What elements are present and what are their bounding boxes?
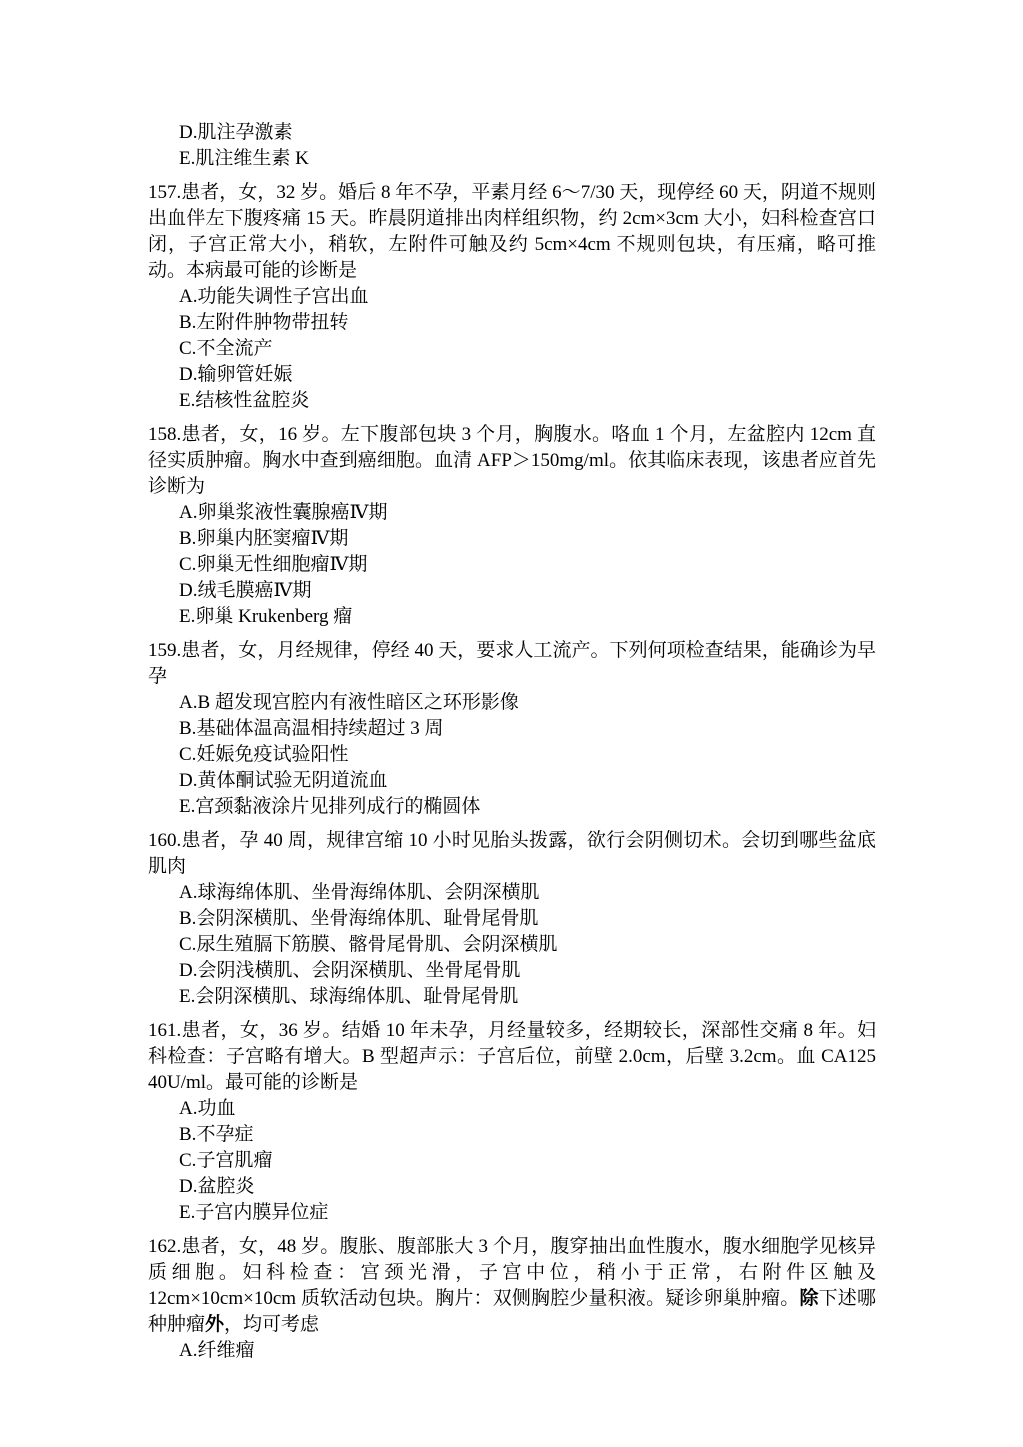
option-text: 结核性盆腔炎 bbox=[195, 390, 309, 411]
option-label: E. bbox=[179, 796, 195, 817]
question-161: 161.患者，女，36 岁。结婚 10 年未孕，月经量较多，经期较长，深部性交痛… bbox=[148, 1018, 876, 1226]
option-label: A. bbox=[179, 502, 197, 523]
question-number: 160. bbox=[148, 830, 181, 851]
option-label: D. bbox=[179, 580, 197, 601]
question-number: 161. bbox=[148, 1020, 181, 1041]
option-text: 会阴浅横肌、会阴深横肌、坐骨尾骨肌 bbox=[197, 960, 520, 981]
option-row: C.卵巢无性细胞瘤Ⅳ期 bbox=[179, 552, 876, 578]
option-label: B. bbox=[179, 718, 196, 739]
option-text: 基础体温高温相持续超过 3 周 bbox=[196, 718, 443, 739]
option-label: B. bbox=[179, 908, 196, 929]
option-text: 绒毛膜癌Ⅳ期 bbox=[197, 580, 311, 601]
option-label: A. bbox=[179, 1098, 197, 1119]
option-label: D. bbox=[179, 770, 197, 791]
option-row: C.尿生殖膈下筋膜、髂骨尾骨肌、会阴深横肌 bbox=[179, 932, 876, 958]
question-stem-bold-part: 除 bbox=[799, 1288, 818, 1309]
option-row: D.会阴浅横肌、会阴深横肌、坐骨尾骨肌 bbox=[179, 958, 876, 984]
option-label: E. bbox=[179, 606, 195, 627]
option-text: 不全流产 bbox=[196, 338, 272, 359]
option-label: D. bbox=[179, 1176, 197, 1197]
option-label: A. bbox=[179, 1340, 197, 1361]
question-158: 158.患者，女，16 岁。左下腹部包块 3 个月，胸腹水。咯血 1 个月，左盆… bbox=[148, 422, 876, 630]
question-stem-part: ，均可考虑 bbox=[224, 1314, 319, 1335]
option-row: B.卵巢内胚窦瘤Ⅳ期 bbox=[179, 526, 876, 552]
option-row: A.卵巢浆液性囊腺癌Ⅳ期 bbox=[179, 500, 876, 526]
option-text: 左附件肿物带扭转 bbox=[196, 312, 348, 333]
option-row: A.功血 bbox=[179, 1096, 876, 1122]
option-row: C.不全流产 bbox=[179, 336, 876, 362]
question-stem-bold-part: 外 bbox=[205, 1314, 224, 1335]
option-text: 盆腔炎 bbox=[197, 1176, 254, 1197]
option-label: C. bbox=[179, 554, 196, 575]
option-text: 宫颈黏液涂片见排列成行的椭圆体 bbox=[195, 796, 480, 817]
option-label: A. bbox=[179, 286, 197, 307]
option-text: 功血 bbox=[197, 1098, 235, 1119]
option-text: 会阴深横肌、坐骨海绵体肌、耻骨尾骨肌 bbox=[196, 908, 538, 929]
question-157: 157.患者，女，32 岁。婚后 8 年不孕，平素月经 6～7/30 天，现停经… bbox=[148, 180, 876, 414]
option-label: B. bbox=[179, 312, 196, 333]
question-number: 159. bbox=[148, 640, 181, 661]
question-162: 162.患者，女，48 岁。腹胀、腹部胀大 3 个月，腹穿抽出血性腹水，腹水细胞… bbox=[148, 1234, 876, 1364]
option-label: D. bbox=[179, 364, 197, 385]
option-row: E.肌注维生素 K bbox=[179, 146, 876, 172]
option-text: 尿生殖膈下筋膜、髂骨尾骨肌、会阴深横肌 bbox=[196, 934, 557, 955]
option-row: E.宫颈黏液涂片见排列成行的椭圆体 bbox=[179, 794, 876, 820]
option-row: A.球海绵体肌、坐骨海绵体肌、会阴深横肌 bbox=[179, 880, 876, 906]
question-stem: 159.患者，女，月经规律，停经 40 天，要求人工流产。下列何项检查结果，能确… bbox=[148, 638, 876, 690]
option-text: 功能失调性子宫出血 bbox=[197, 286, 368, 307]
option-label: D. bbox=[179, 960, 197, 981]
option-row: E.会阴深横肌、球海绵体肌、耻骨尾骨肌 bbox=[179, 984, 876, 1010]
option-label: E. bbox=[179, 986, 195, 1007]
option-label: C. bbox=[179, 934, 196, 955]
option-row: E.结核性盆腔炎 bbox=[179, 388, 876, 414]
question-stem-part: 患者，女，月经规律，停经 40 天，要求人工流产。下列何项检查结果，能确诊为早孕 bbox=[148, 640, 876, 687]
option-row: C.妊娠免疫试验阳性 bbox=[179, 742, 876, 768]
option-text: B 超发现宫腔内有液性暗区之环形影像 bbox=[197, 692, 518, 713]
option-label: A. bbox=[179, 692, 197, 713]
continued-options-block: D.肌注孕激素 E.肌注维生素 K bbox=[148, 120, 876, 172]
option-row: A.纤维瘤 bbox=[179, 1338, 876, 1364]
option-row: B.左附件肿物带扭转 bbox=[179, 310, 876, 336]
option-row: B.会阴深横肌、坐骨海绵体肌、耻骨尾骨肌 bbox=[179, 906, 876, 932]
question-stem: 157.患者，女，32 岁。婚后 8 年不孕，平素月经 6～7/30 天，现停经… bbox=[148, 180, 876, 284]
option-text: 子宫肌瘤 bbox=[196, 1150, 272, 1171]
option-row: E.子宫内膜异位症 bbox=[179, 1200, 876, 1226]
option-row: D.肌注孕激素 bbox=[179, 120, 876, 146]
exam-page: D.肌注孕激素 E.肌注维生素 K 157.患者，女，32 岁。婚后 8 年不孕… bbox=[148, 120, 876, 1364]
option-row: D.盆腔炎 bbox=[179, 1174, 876, 1200]
option-row: A.功能失调性子宫出血 bbox=[179, 284, 876, 310]
option-row: C.子宫肌瘤 bbox=[179, 1148, 876, 1174]
question-stem: 160.患者，孕 40 周，规律宫缩 10 小时见胎头拨露，欲行会阴侧切术。会切… bbox=[148, 828, 876, 880]
option-label: C. bbox=[179, 338, 196, 359]
option-text: 肌注维生素 K bbox=[195, 148, 308, 169]
question-stem: 162.患者，女，48 岁。腹胀、腹部胀大 3 个月，腹穿抽出血性腹水，腹水细胞… bbox=[148, 1234, 876, 1338]
option-row: E.卵巢 Krukenberg 瘤 bbox=[179, 604, 876, 630]
question-number: 162. bbox=[148, 1236, 181, 1257]
option-text: 输卵管妊娠 bbox=[197, 364, 292, 385]
option-text: 卵巢无性细胞瘤Ⅳ期 bbox=[196, 554, 367, 575]
option-text: 卵巢 Krukenberg 瘤 bbox=[195, 606, 352, 627]
option-text: 肌注孕激素 bbox=[197, 122, 292, 143]
question-stem-part: 患者，女，16 岁。左下腹部包块 3 个月，胸腹水。咯血 1 个月，左盆腔内 1… bbox=[148, 424, 876, 497]
question-stem-part: 患者，女，36 岁。结婚 10 年未孕，月经量较多，经期较长，深部性交痛 8 年… bbox=[148, 1020, 876, 1093]
option-row: D.输卵管妊娠 bbox=[179, 362, 876, 388]
option-label: C. bbox=[179, 1150, 196, 1171]
question-stem: 158.患者，女，16 岁。左下腹部包块 3 个月，胸腹水。咯血 1 个月，左盆… bbox=[148, 422, 876, 500]
option-text: 会阴深横肌、球海绵体肌、耻骨尾骨肌 bbox=[195, 986, 518, 1007]
option-label: C. bbox=[179, 744, 196, 765]
option-row: D.黄体酮试验无阴道流血 bbox=[179, 768, 876, 794]
option-label: A. bbox=[179, 882, 197, 903]
option-text: 卵巢内胚窦瘤Ⅳ期 bbox=[196, 528, 348, 549]
question-stem-part: 患者，女，32 岁。婚后 8 年不孕，平素月经 6～7/30 天，现停经 60 … bbox=[148, 182, 876, 281]
option-text: 妊娠免疫试验阳性 bbox=[196, 744, 348, 765]
option-label: D. bbox=[179, 122, 197, 143]
question-number: 157. bbox=[148, 182, 181, 203]
option-row: A.B 超发现宫腔内有液性暗区之环形影像 bbox=[179, 690, 876, 716]
question-list: 157.患者，女，32 岁。婚后 8 年不孕，平素月经 6～7/30 天，现停经… bbox=[148, 180, 876, 1364]
option-label: E. bbox=[179, 1202, 195, 1223]
question-160: 160.患者，孕 40 周，规律宫缩 10 小时见胎头拨露，欲行会阴侧切术。会切… bbox=[148, 828, 876, 1010]
option-row: D.绒毛膜癌Ⅳ期 bbox=[179, 578, 876, 604]
option-text: 不孕症 bbox=[196, 1124, 253, 1145]
question-stem-part: 患者，女，48 岁。腹胀、腹部胀大 3 个月，腹穿抽出血性腹水，腹水细胞学见核异… bbox=[148, 1236, 876, 1309]
option-text: 纤维瘤 bbox=[197, 1340, 254, 1361]
question-number: 158. bbox=[148, 424, 181, 445]
option-label: E. bbox=[179, 148, 195, 169]
question-stem: 161.患者，女，36 岁。结婚 10 年未孕，月经量较多，经期较长，深部性交痛… bbox=[148, 1018, 876, 1096]
option-text: 子宫内膜异位症 bbox=[195, 1202, 328, 1223]
option-row: B.不孕症 bbox=[179, 1122, 876, 1148]
question-159: 159.患者，女，月经规律，停经 40 天，要求人工流产。下列何项检查结果，能确… bbox=[148, 638, 876, 820]
option-text: 卵巢浆液性囊腺癌Ⅳ期 bbox=[197, 502, 387, 523]
option-label: B. bbox=[179, 528, 196, 549]
question-stem-part: 患者，孕 40 周，规律宫缩 10 小时见胎头拨露，欲行会阴侧切术。会切到哪些盆… bbox=[148, 830, 876, 877]
option-label: B. bbox=[179, 1124, 196, 1145]
option-label: E. bbox=[179, 390, 195, 411]
option-row: B.基础体温高温相持续超过 3 周 bbox=[179, 716, 876, 742]
option-text: 黄体酮试验无阴道流血 bbox=[197, 770, 387, 791]
option-text: 球海绵体肌、坐骨海绵体肌、会阴深横肌 bbox=[197, 882, 539, 903]
